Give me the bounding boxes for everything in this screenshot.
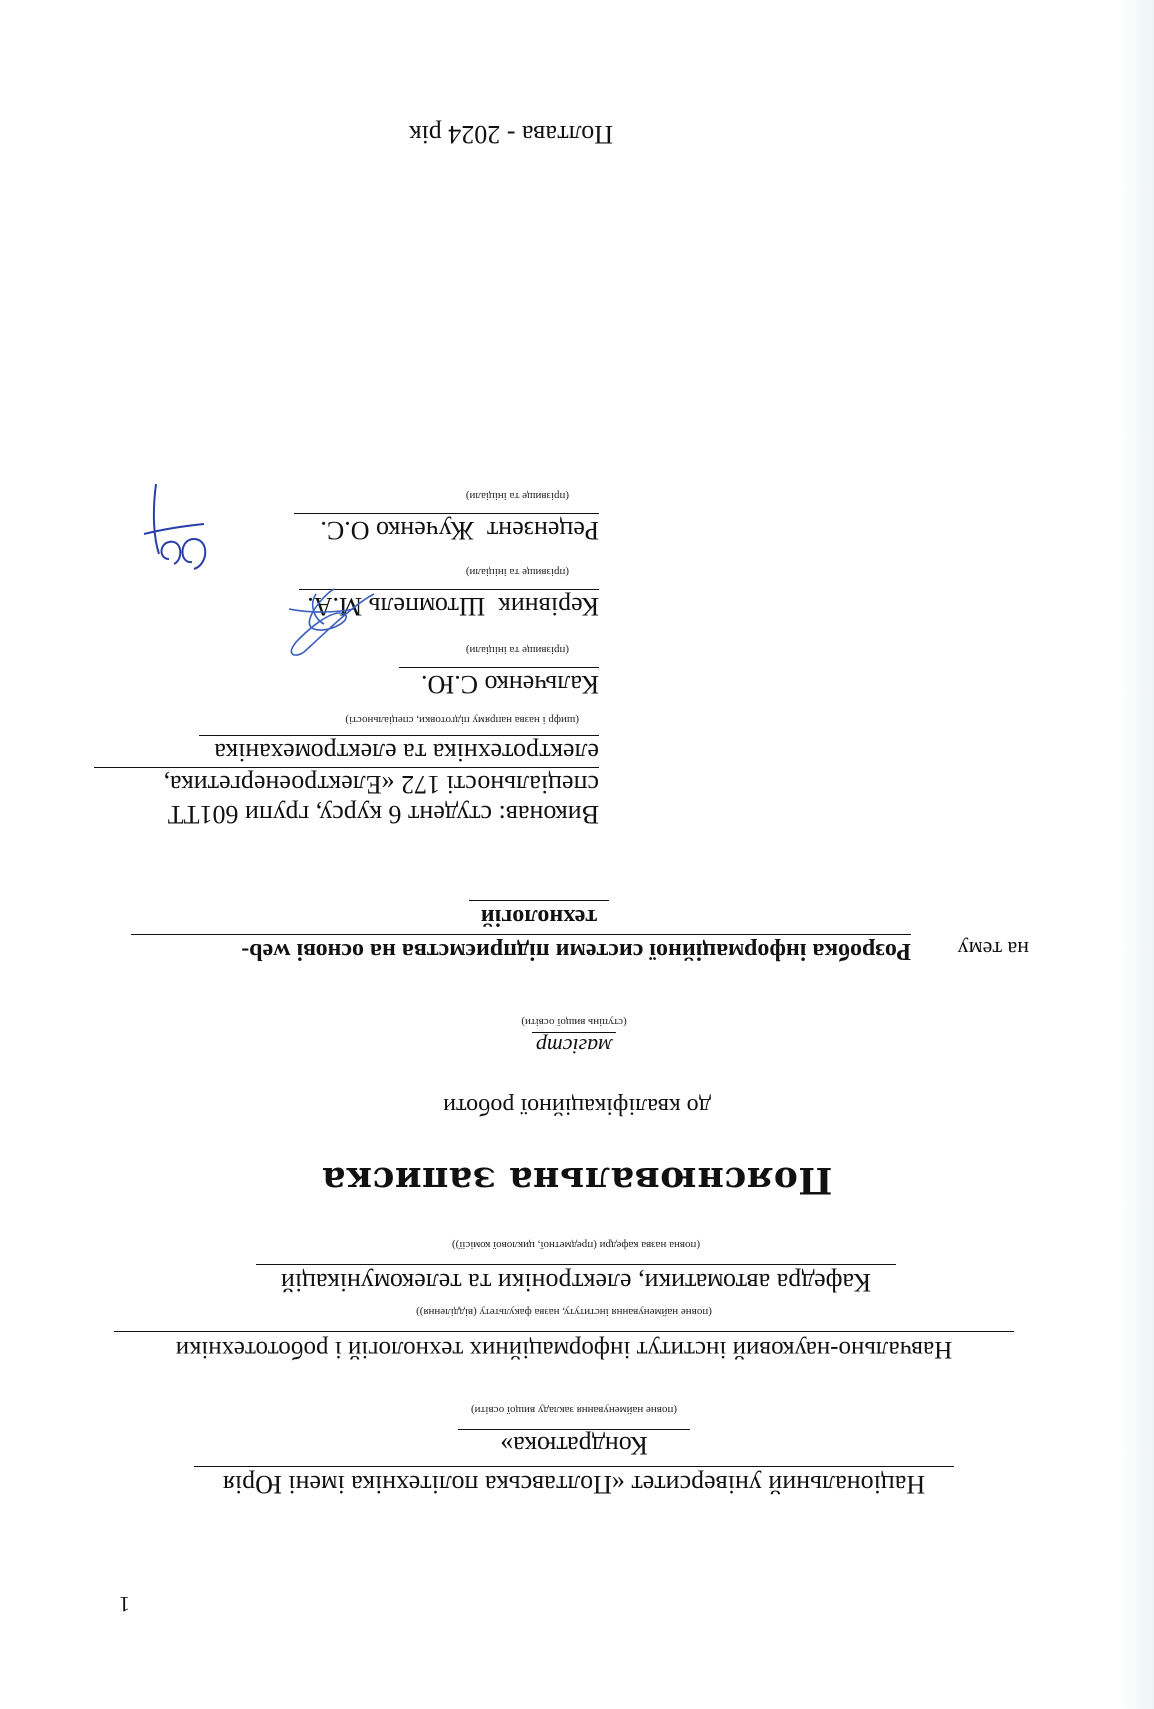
topic-line2: технологій xyxy=(469,900,609,930)
author-line1: Виконав: студент 6 курсу, групи 601ТТ xyxy=(94,799,599,829)
document-heading: Пояснювальна записка xyxy=(0,1159,1154,1201)
topic-line1: Розробка інформаційної системи підприємс… xyxy=(131,934,911,964)
topic-label: на тему xyxy=(958,936,1029,962)
degree-caption: (ступінь вищої освіти) xyxy=(474,1016,674,1028)
supervisor-signature xyxy=(134,479,214,584)
department-caption: (повна назва кафедри (предметної, циклов… xyxy=(256,1230,896,1260)
author-group-line: Виконав: студент 6 курсу, групи 601ТТ xyxy=(168,800,599,829)
scan-edge-shadow xyxy=(1120,0,1154,1709)
university-name: Національний університет «Полтавська пол… xyxy=(194,1395,954,1499)
document-subheading: до кваліфікаційної роботи xyxy=(0,1092,1154,1119)
department: Кафедра автоматики, електроніки та телек… xyxy=(256,1230,896,1297)
document-page: 1 Національний університет «Полтавська п… xyxy=(0,0,1154,1709)
reviewer-name: Рецензент Жученко О.С. xyxy=(294,513,599,545)
university-caption: (повне найменування закладу вищої освіти… xyxy=(194,1395,954,1425)
institute: Навчально-науковий інститут інформаційни… xyxy=(114,1297,1014,1364)
degree: магістр (ступінь вищої освіти) xyxy=(474,1016,674,1059)
department-name: Кафедра автоматики, електроніки та телек… xyxy=(256,1264,896,1297)
footer-city-year: Полтава - 2024 рік xyxy=(0,119,1154,149)
institute-caption: (повне найменування інституту, назва фак… xyxy=(114,1297,1014,1327)
page-number: 1 xyxy=(119,1591,130,1617)
speciality-caption: (шифр і назва напряму підготовки, спеціа… xyxy=(94,705,579,735)
university-line1: Національний університет «Полтавська пол… xyxy=(194,1466,954,1499)
author-line3: електротехніка та електромеханіка xyxy=(199,735,599,767)
institute-name: Навчально-науковий інститут інформаційни… xyxy=(114,1331,1014,1364)
author-line2: спеціальності 172 «Електроенергетика, xyxy=(94,767,599,799)
degree-value: магістр xyxy=(532,1032,616,1059)
university-line2: Кондратюка» xyxy=(458,1429,690,1460)
author-name: Кальченко С.Ю. xyxy=(399,667,599,699)
author-signature xyxy=(274,584,384,664)
